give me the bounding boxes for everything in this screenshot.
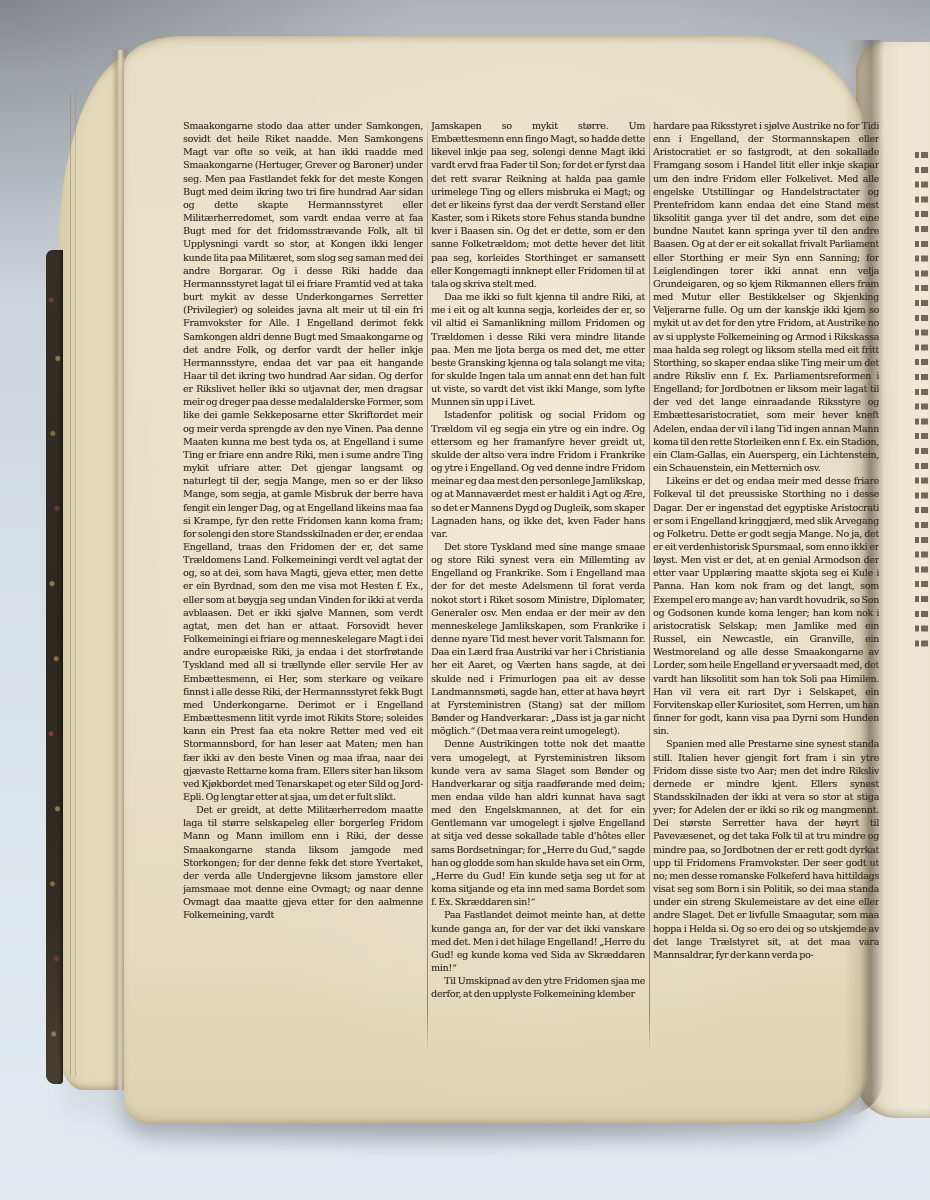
paragraph: Det er greidt, at dette Militærherredom … [183,804,423,922]
book-photograph: Smaakongarne stodo daa atter under Samko… [0,0,930,1200]
text-block: Smaakongarne stodo daa atter under Samko… [183,120,880,1058]
paragraph: Likeins er det og endaa meir med desse f… [653,475,879,738]
paragraph: Jamskapen so mykit større. Um Embættesme… [431,120,645,291]
paragraph: Til Umskipnad av den ytre Fridomen sjaa … [431,975,645,1001]
paragraph: Denne Austrikingen totte nok det maatte … [431,738,645,909]
text-column-middle: Jamskapen so mykit større. Um Embættesme… [431,120,645,1058]
paragraph: Istadenfor politisk og social Fridom og … [431,409,645,541]
paragraph: Spanien med alle Prestarne sine synest s… [653,738,879,962]
marbled-cover-edge [46,250,63,1084]
column-rule [649,122,650,1048]
paragraph: Smaakongarne stodo daa atter under Samko… [183,120,423,804]
column-rule [427,122,428,1048]
text-column-right: hardare paa Riksstyret i sjølve Austrike… [653,120,879,1058]
paragraph: Det store Tyskland med sine mange smaae … [431,541,645,738]
text-column-left: Smaakongarne stodo daa atter under Samko… [183,120,423,1058]
paragraph: Paa Fastlandet deimot meinte han, at det… [431,909,645,975]
paragraph: hardare paa Riksstyret i sjølve Austrike… [653,120,879,475]
adjacent-page-text-edge [915,152,928,654]
paragraph: Daa me ikki so fult kjenna til andre Rik… [431,291,645,409]
